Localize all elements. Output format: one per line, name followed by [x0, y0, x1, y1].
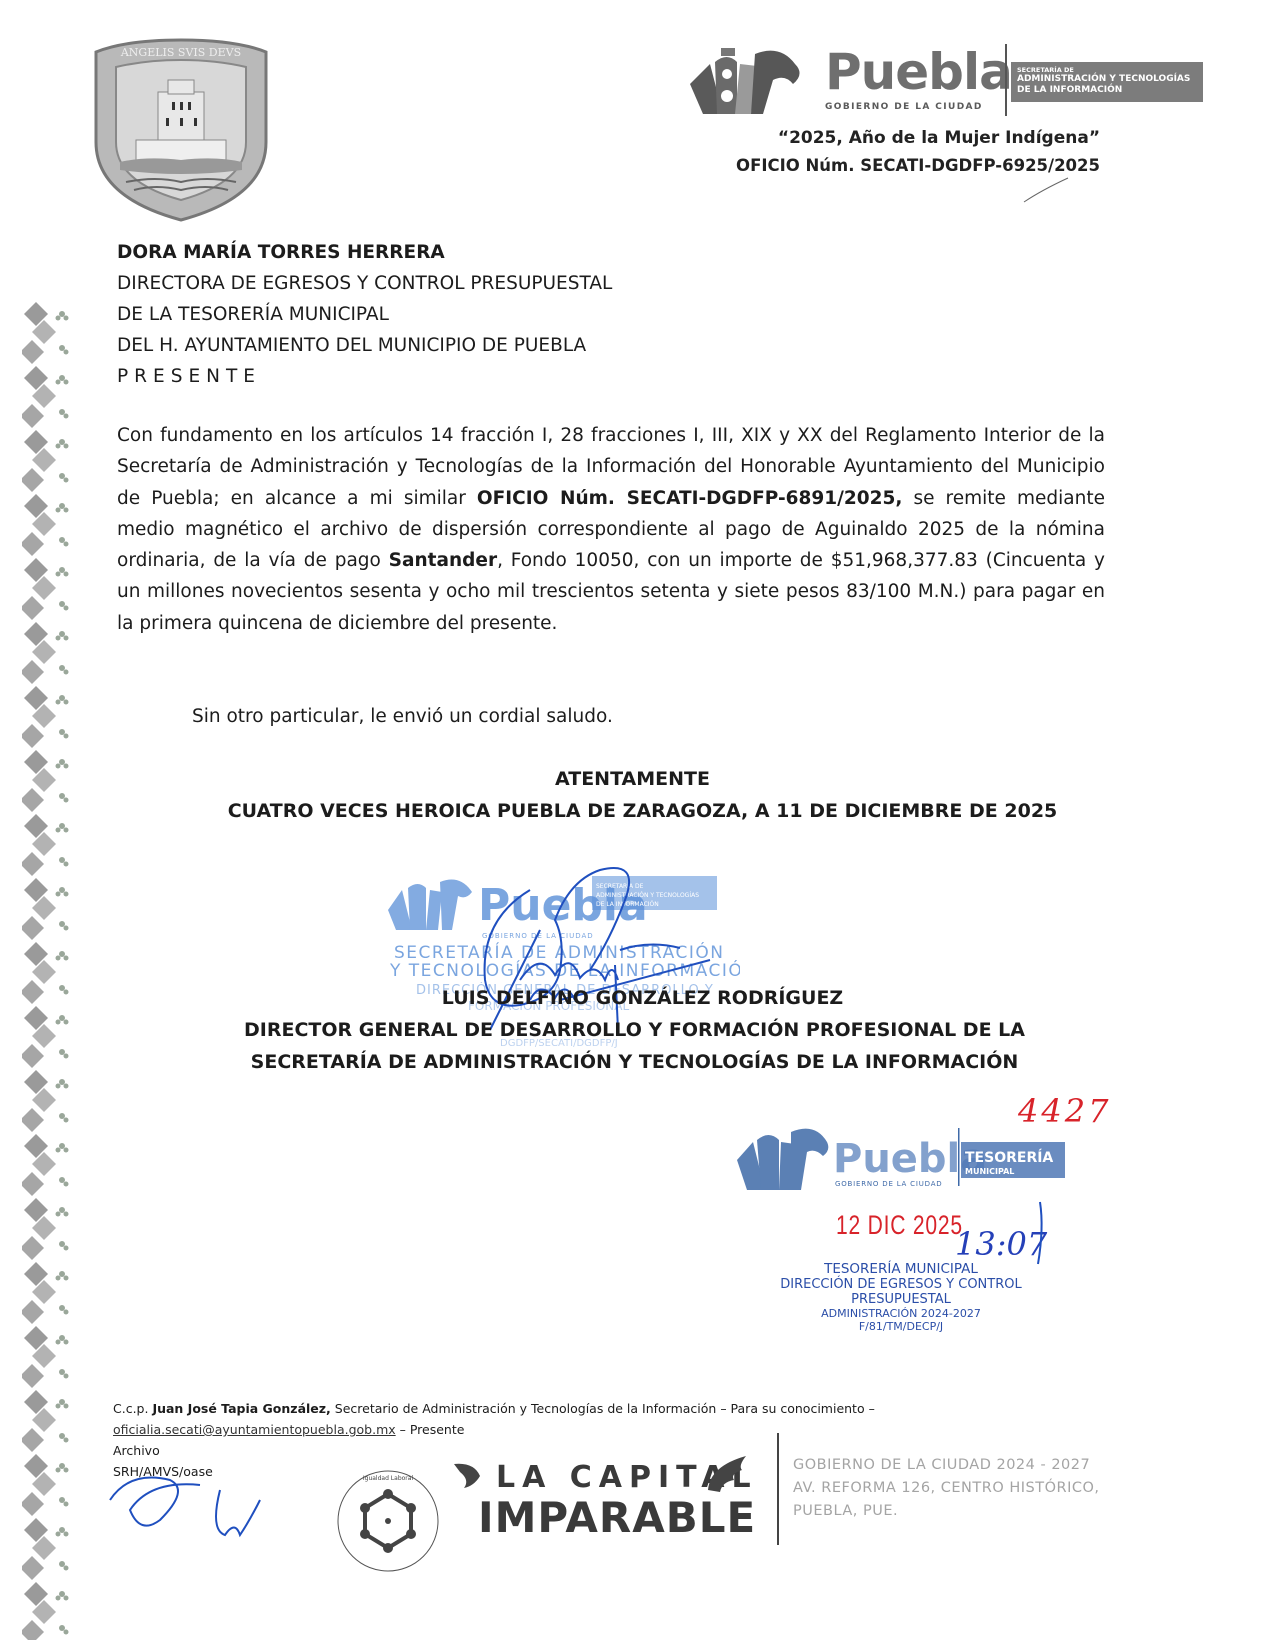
slogan-bottom: IMPARABLE [478, 1493, 756, 1542]
svg-text:TESORERÍA: TESORERÍA [965, 1149, 1053, 1166]
ccp-name: Juan José Tapia González, [152, 1401, 330, 1416]
svg-text:MUNICIPAL: MUNICIPAL [965, 1167, 1014, 1176]
equality-norm-seal-icon: Igualdad Laboral [333, 1466, 443, 1576]
signer-title-line2: SECRETARÍA DE ADMINISTRACIÓN Y TECNOLOGÍ… [0, 1051, 1265, 1073]
svg-text:SECRETARÍA DE ADMINISTRACIÓN: SECRETARÍA DE ADMINISTRACIÓN [394, 941, 725, 963]
initials-signature [100, 1440, 280, 1550]
ccp-role: Secretario de Administración y Tecnologí… [331, 1401, 875, 1416]
closing-line: Sin otro particular, le envió un cordial… [192, 706, 613, 727]
svg-text:ANGELIS SVIS DEVS: ANGELIS SVIS DEVS [120, 46, 241, 59]
footer-address-line2: AV. REFORMA 126, CENTRO HISTÓRICO, [793, 1477, 1100, 1500]
wing-left-icon [450, 1458, 490, 1498]
body-paragraph: Con fundamento en los artículos 14 fracc… [117, 420, 1105, 639]
addressee-block: DORA MARÍA TORRES HERRERA DIRECTORA DE E… [117, 237, 612, 392]
ccp-email-link[interactable]: oficialia.secati@ayuntamientopuebla.gob.… [113, 1422, 396, 1437]
year-motto: “2025, Año de la Mujer Indígena” [778, 128, 1100, 148]
handwritten-mark [1030, 1198, 1050, 1268]
city-coat-of-arms-icon: ANGELIS SVIS DEVS [86, 32, 276, 222]
svg-text:ADMINISTRACIÓN Y TECNOLOGÍAS: ADMINISTRACIÓN Y TECNOLOGÍAS [596, 892, 699, 899]
svg-text:GOBIERNO DE LA CIUDAD: GOBIERNO DE LA CIUDAD [835, 1180, 943, 1188]
svg-text:Y TECNOLOGÍAS DE LA INFORMACIÓ: Y TECNOLOGÍAS DE LA INFORMACIÓN [389, 959, 740, 981]
puebla-city-logo-icon [685, 44, 820, 116]
footer-address-line1: GOBIERNO DE LA CIUDAD 2024 - 2027 [793, 1454, 1100, 1477]
pen-check-mark [1022, 176, 1072, 206]
addressee-name: DORA MARÍA TORRES HERRERA [117, 237, 612, 268]
decorative-border [22, 300, 72, 1640]
ccp-prefix: C.c.p. [113, 1401, 152, 1416]
department-line2: DE LA INFORMACIÓN [1017, 85, 1197, 96]
salutation: PRESENTE [117, 361, 612, 392]
atentamente: ATENTAMENTE [0, 768, 1265, 790]
signer-title-line1: DIRECTOR GENERAL DE DESARROLLO Y FORMACI… [0, 1019, 1265, 1041]
oficio-number: OFICIO Núm. SECATI-DGDFP-6925/2025 [736, 156, 1100, 175]
ccp-email-suffix: – Presente [396, 1422, 465, 1437]
reception-line1: TESORERÍA MUNICIPAL [766, 1262, 1036, 1277]
reception-date: 12 DIC 2025 [836, 1210, 963, 1241]
reception-stamp-text: TESORERÍA MUNICIPAL DIRECCIÓN DE EGRESOS… [766, 1262, 1036, 1333]
wing-right-icon [700, 1452, 750, 1497]
addressee-title-1: DIRECTORA DE EGRESOS Y CONTROL PRESUPUES… [117, 268, 612, 299]
addressee-title-3: DEL H. AYUNTAMIENTO DEL MUNICIPIO DE PUE… [117, 330, 612, 361]
logo-divider [1005, 44, 1007, 116]
footer-address: GOBIERNO DE LA CIUDAD 2024 - 2027 AV. RE… [793, 1454, 1100, 1523]
ccp-line: C.c.p. Juan José Tapia González, Secreta… [113, 1398, 875, 1419]
logo-subtitle: GOBIERNO DE LA CIUDAD [825, 102, 983, 112]
reception-line4: ADMINISTRACIÓN 2024-2027 [766, 1307, 1036, 1320]
svg-text:DE LA INFORMACIÓN: DE LA INFORMACIÓN [596, 901, 659, 908]
addressee-title-2: DE LA TESORERÍA MUNICIPAL [117, 299, 612, 330]
reception-line2: DIRECCIÓN DE EGRESOS Y CONTROL [766, 1277, 1036, 1292]
footer-divider [777, 1433, 779, 1545]
payment-bank: Santander [389, 550, 497, 571]
svg-text:SECRETARÍA DE: SECRETARÍA DE [596, 883, 644, 890]
place-and-date: CUATRO VECES HEROICA PUEBLA DE ZARAGOZA,… [0, 800, 1265, 822]
svg-text:Igualdad Laboral: Igualdad Laboral [363, 1475, 414, 1482]
treasury-reception-stamp: Puebla GOBIERNO DE LA CIUDAD TESORERÍA M… [735, 1120, 1075, 1200]
logo-wordmark: Puebla [825, 42, 1012, 102]
footer-address-line3: PUEBLA, PUE. [793, 1500, 1100, 1523]
department-band: SECRETARÍA DE ADMINISTRACIÓN Y TECNOLOGÍ… [1011, 62, 1203, 102]
reference-oficio: OFICIO Núm. SECATI-DGDFP-6891/2025, [477, 488, 902, 509]
department-line1: ADMINISTRACIÓN Y TECNOLOGÍAS [1017, 74, 1197, 85]
department-small: SECRETARÍA DE [1017, 66, 1197, 74]
header-logo: Puebla GOBIERNO DE LA CIUDAD SECRETARÍA … [685, 42, 1205, 122]
signer-name: LUIS DELFINO GONZÁLEZ RODRÍGUEZ [0, 987, 1265, 1009]
reception-line5: F/81/TM/DECP/J [766, 1320, 1036, 1333]
reception-line3: PRESUPUESTAL [766, 1292, 1036, 1307]
